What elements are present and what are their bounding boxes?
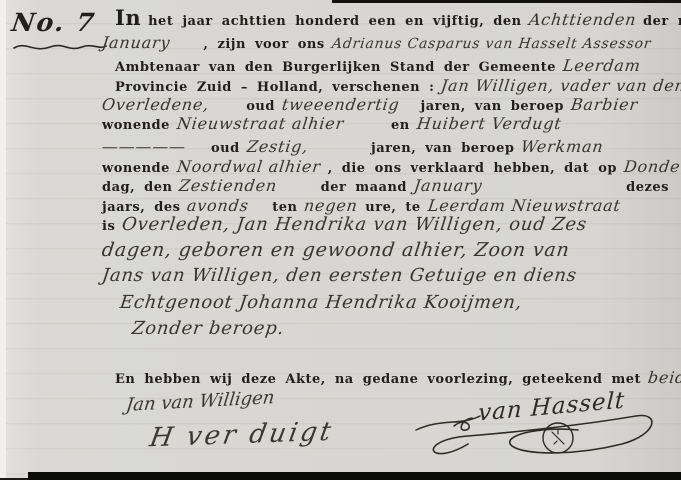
handwritten-entry: Noordwal alhier	[176, 157, 322, 176]
printed-text: wonende	[102, 118, 170, 133]
printed-text: oud	[211, 141, 240, 156]
printed-text: het jaar achttien honderd een en vijftig…	[148, 14, 522, 29]
printed-text: jaren, van beroep	[421, 99, 564, 114]
handwritten-entry: Echtgenoot Johanna Hendrika Kooijmen,	[119, 292, 524, 313]
handwritten-entry: Jan Willigen, vader van den	[440, 76, 681, 95]
scan-bottom-edge	[28, 472, 681, 480]
act-number-text: No. 7	[10, 8, 98, 37]
act-line-11: is Overleden, Jan Hendrika van Willigen,…	[102, 214, 669, 235]
printed-text: jaren, van beroep	[371, 141, 514, 156]
scan-left-margin	[0, 0, 6, 480]
act-number: No. 7	[12, 8, 108, 55]
act-line-10: jaars, des avonds ten negen ure, te Leer…	[102, 196, 669, 215]
handwritten-entry: Jans van Willigen, den eersten Getuige e…	[101, 265, 578, 286]
act-line-14: Echtgenoot Johanna Hendrika Kooijmen,	[102, 292, 669, 313]
printed-text: , die ons verklaard hebben, dat op	[328, 161, 617, 176]
handwritten-entry: January	[101, 33, 172, 52]
printed-text: der maand	[321, 180, 407, 195]
handwritten-entry: Achttienden	[527, 10, 637, 29]
act-line-8: wonende Noordwal alhier , die ons verkla…	[102, 157, 669, 176]
signature-official: van Hasselt	[408, 382, 670, 474]
act-line-7: ————— oud Zestig, jaren, van beroep Werk…	[102, 137, 669, 156]
signature-witness1: Jan van Willigen	[126, 387, 275, 416]
act-number-flourish-icon	[12, 39, 108, 55]
act-line-13: Jans van Willigen, den eersten Getuige e…	[102, 265, 669, 286]
printed-text: ure, te	[365, 200, 420, 215]
handwritten-entry: Leerdam	[562, 56, 642, 75]
act-line-9: dag, den Zestienden der maand January de…	[102, 176, 669, 195]
handwritten-entry: Overledene,	[101, 95, 211, 114]
handwritten-entry: dagen, geboren en gewoond alhier, Zoon v…	[101, 239, 571, 261]
death-record-scan: No. 7 In het jaar achttien honderd een e…	[0, 0, 681, 480]
handwritten-entry: Huibert Verdugt	[416, 114, 563, 133]
handwritten-entry: Werkman	[520, 137, 605, 156]
printed-text: dag, den	[102, 180, 172, 195]
handwritten-entry: Adrianus Casparus van Hasselt Assessor	[331, 36, 652, 52]
act-line-12: dagen, geboren en gewoond alhier, Zoon v…	[102, 239, 669, 261]
handwritten-entry: Barbier	[570, 95, 639, 114]
printed-text: , zijn voor ons	[203, 37, 324, 52]
act-line-15: Zonder beroep.	[102, 318, 669, 339]
act-line-4: Provincie Zuid – Holland, verschenen : J…	[115, 76, 669, 95]
handwritten-entry: Zonder beroep.	[131, 318, 286, 339]
signature-witness2: H ver duigt	[150, 417, 334, 453]
signature-text: H ver duigt	[147, 417, 336, 454]
handwritten-entry: Zestig,	[246, 137, 310, 156]
printed-text: jaars, des	[102, 200, 180, 215]
act-line-5: Overledene, oud tweeendertig jaren, van …	[102, 95, 669, 114]
printed-text: wonende	[102, 161, 170, 176]
handwritten-entry: Zestienden	[178, 176, 278, 195]
scan-top-edge	[332, 0, 681, 3]
act-line-2: January , zijn voor ons Adrianus Casparu…	[102, 33, 669, 52]
printed-text: Ambtenaar van den Burgerlijken Stand der…	[115, 60, 556, 75]
signature-text: Jan van Willigen	[125, 387, 276, 416]
printed-text: der maand	[643, 14, 681, 29]
handwritten-entry: Donder	[623, 157, 681, 176]
act-line-3: Ambtenaar van den Burgerlijken Stand der…	[115, 56, 669, 75]
handwritten-entry: tweeendertig	[281, 95, 401, 114]
act-line-6: wonende Nieuwstraat alhier en Huibert Ve…	[102, 114, 669, 133]
printed-text: is	[102, 219, 115, 234]
handwritten-entry: Nieuwstraat alhier	[176, 114, 345, 133]
printed-text: dezes	[626, 180, 669, 195]
handwritten-blank-dash: —————	[101, 137, 187, 156]
handwritten-entry: avonds	[186, 196, 250, 215]
printed-text: Provincie Zuid – Holland, verschenen :	[115, 80, 434, 95]
printed-text: en	[391, 118, 410, 133]
printed-text: oud	[246, 99, 275, 114]
handwritten-entry: Leerdam Nieuwstraat	[427, 196, 622, 215]
handwritten-entry: Overleden, Jan Hendrika van Willigen, ou…	[121, 214, 589, 235]
handwritten-entry: negen	[303, 196, 359, 215]
act-line-1: In het jaar achttien honderd een en vijf…	[115, 10, 669, 29]
handwritten-entry: January	[413, 176, 484, 195]
printed-text: ten	[272, 200, 297, 215]
